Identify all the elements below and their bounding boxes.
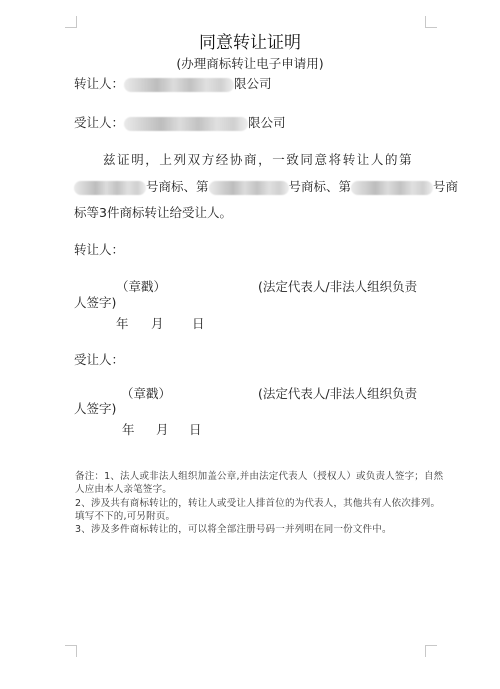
transferee-name-suffix: 限公司 <box>248 115 286 130</box>
statement-line-3: 标等3件商标转让给受让人。 <box>74 203 232 221</box>
transferor-date-month: 月 <box>151 314 164 332</box>
redacted-trademark-number-1 <box>74 181 146 195</box>
signature-block-transferor-label: 转让人： <box>74 240 124 258</box>
transferee-line: 受让人：限公司 <box>74 113 286 131</box>
transferor-seal-label: （章戳） <box>116 277 166 295</box>
transferee-label: 受让人： <box>74 115 124 130</box>
statement-part-1: 号商标、第 <box>146 179 209 194</box>
page-corner-mark-bottom-right <box>425 645 437 657</box>
redacted-trademark-number-3 <box>351 181 433 195</box>
transferee-rep-signature-label-cont: 人签字) <box>74 399 116 417</box>
redacted-transferor-name <box>124 78 234 92</box>
page-corner-mark-top-left <box>65 16 77 28</box>
redacted-transferee-name <box>124 117 248 131</box>
transferor-rep-signature-label: (法定代表人/非法人组织负责 <box>258 277 417 295</box>
note-line-4: 填写不下的,可另附页。 <box>75 508 175 522</box>
statement-part-3: 号商 <box>433 179 458 194</box>
transferee-rep-signature-label: (法定代表人/非法人组织负责 <box>258 384 417 402</box>
note-line-1: 备注：1、法人或非法人组织加盖公章,并由法定代表人（授权人）或负责人签字；自然 <box>75 468 443 482</box>
note-line-3: 2、涉及共有商标转让的，转让人或受让人排首位的为代表人，其他共有人依次排列。 <box>75 495 440 509</box>
transferor-name-suffix: 限公司 <box>234 76 272 91</box>
transferee-seal-label: （章戳） <box>121 384 171 402</box>
transferor-date-year: 年 <box>116 314 129 332</box>
page-corner-mark-top-right <box>425 16 437 28</box>
transferor-date-day: 日 <box>192 314 205 332</box>
transferee-date-year: 年 <box>122 420 135 438</box>
transferor-line: 转让人：限公司 <box>74 74 272 92</box>
note-line-5: 3、涉及多件商标转让的，可以将全部注册号码一并列明在同一份文件中。 <box>75 521 392 535</box>
transferor-rep-signature-label-cont: 人签字) <box>74 293 116 311</box>
signature-block-transferee-label: 受让人： <box>74 350 124 368</box>
statement-line-1: 兹证明，上列双方经协商，一致同意将转让人的第 <box>103 150 413 168</box>
statement-line-2: 号商标、第号商标、第号商 <box>74 177 458 195</box>
document-title: 同意转让证明 <box>0 28 500 53</box>
redacted-trademark-number-2 <box>209 181 289 195</box>
document-subtitle: (办理商标转让电子申请用) <box>0 54 500 72</box>
transferee-date-day: 日 <box>189 420 202 438</box>
page-corner-mark-bottom-left <box>65 645 77 657</box>
transferee-date-month: 月 <box>156 420 169 438</box>
transferor-label: 转让人： <box>74 76 124 91</box>
statement-part-2: 号商标、第 <box>289 179 352 194</box>
note-line-2: 人应由本人亲笔签字。 <box>75 481 172 495</box>
